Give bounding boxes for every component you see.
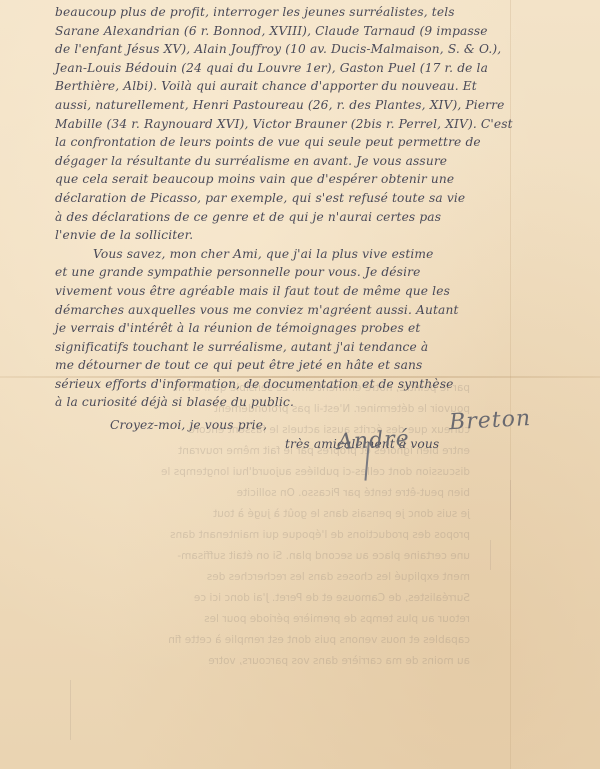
show-through-line: capables et nous venons puis dont est re… <box>30 630 470 651</box>
letter-line: Vous savez, mon cher Ami, que j'ai la pl… <box>55 245 575 264</box>
show-through-line: bien peut-être tenté par Picasso. On sol… <box>30 483 470 504</box>
show-through-stroke <box>70 680 71 740</box>
show-through-line: je suis donc je pensais dans le goût à j… <box>30 504 470 525</box>
show-through-line: Surréalistes, de Camouse et de Peret. J'… <box>30 588 470 609</box>
letter-line: démarches auxquelles vous me conviez m'a… <box>55 301 575 320</box>
letter-line: dégager la résultante du surréalisme en … <box>55 152 575 171</box>
letter-line: la confrontation de leurs points de vue … <box>55 133 575 152</box>
signature: André Breton <box>324 401 587 475</box>
letter-line: déclaration de Picasso, par exemple, qui… <box>55 189 575 208</box>
letter-line: et une grande sympathie personnelle pour… <box>55 263 575 282</box>
show-through-line: ment expliqué les choses dans les recher… <box>30 567 470 588</box>
letter-line: beaucoup plus de profit, interroger les … <box>55 3 575 22</box>
letter-line: je verrais d'intérêt à la réunion de tém… <box>55 319 575 338</box>
signature-last-name: Breton <box>449 406 532 435</box>
letter-line: vivement vous être agréable mais il faut… <box>55 282 575 301</box>
letter-line: de l'enfant Jésus XV), Alain Jouffroy (1… <box>55 40 575 59</box>
letter-line: me détourner de tout ce qui peut être je… <box>55 356 575 375</box>
show-through-stroke <box>510 480 511 520</box>
show-through-stroke <box>490 540 491 570</box>
letter-line: l'envie de la solliciter. <box>55 226 575 245</box>
signature-first-name: André <box>336 426 410 455</box>
show-through-line: retour au plus temps de première période… <box>30 609 470 630</box>
show-through-line: au moins de ma carrière dans vos parcour… <box>30 651 470 672</box>
show-through-line: une certaine place au second plan. Si on… <box>30 546 470 567</box>
letter-line: Sarane Alexandrian (6 r. Bonnod, XVIII),… <box>55 22 575 41</box>
letter-line: aussi, naturellement, Henri Pastoureau (… <box>55 96 575 115</box>
letter-line: sérieux efforts d'information, de docume… <box>55 375 575 394</box>
letter-line: Mabille (34 r. Raynouard XVI), Victor Br… <box>55 115 575 134</box>
letter-body: beaucoup plus de profit, interroger les … <box>55 3 575 453</box>
letter-line: Jean-Louis Bédouin (24 quai du Louvre 1e… <box>55 59 575 78</box>
letter-line: à des déclarations de ce genre et de qui… <box>55 208 575 227</box>
paragraph-2: Vous savez, mon cher Ami, que j'ai la pl… <box>55 245 575 412</box>
paragraph-1: beaucoup plus de profit, interroger les … <box>55 3 575 245</box>
letter-line: significatifs touchant le surréalisme, a… <box>55 338 575 357</box>
letter-line: Berthière, Albi). Voilà qui aurait chanc… <box>55 77 575 96</box>
letter-page: par le peintre, notre éminent ami. Le se… <box>0 0 600 769</box>
letter-line: que cela serait beaucoup moins vain que … <box>55 170 575 189</box>
show-through-line: propos des productions de l'époque qui m… <box>30 525 470 546</box>
